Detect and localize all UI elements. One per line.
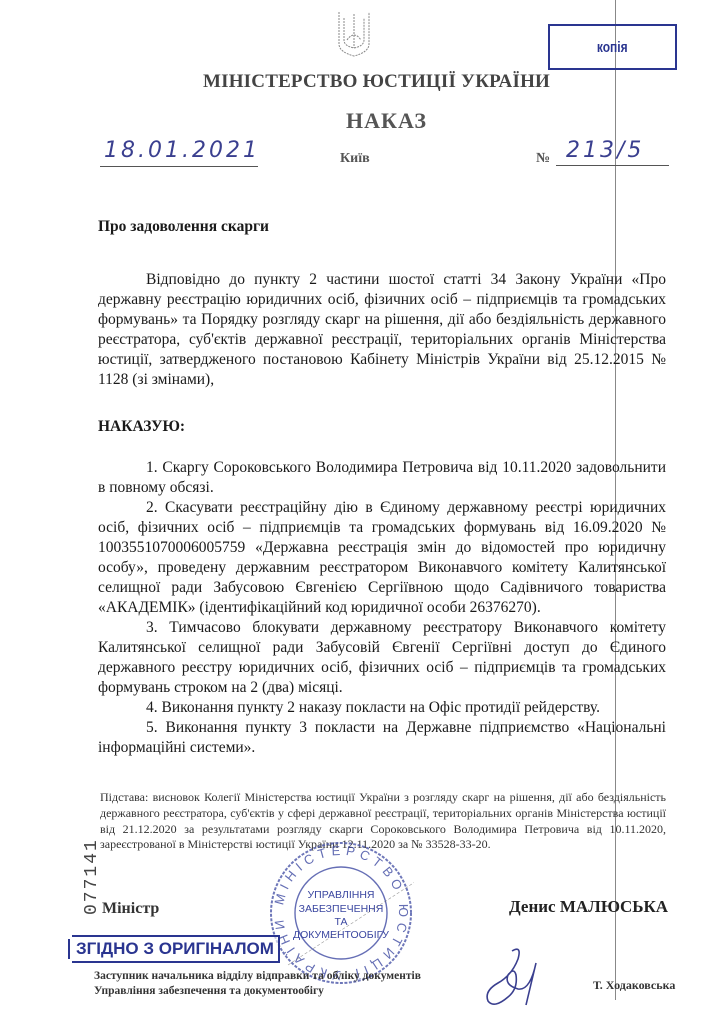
- svg-text:ТА: ТА: [334, 916, 347, 928]
- order-item: 1. Скаргу Сороковського Володимира Петро…: [98, 458, 666, 498]
- document-type: НАКАЗ: [0, 108, 723, 134]
- order-item: 4. Виконання пункту 2 наказу покласти на…: [98, 698, 666, 718]
- certifier-name: Т. Ходаковська: [593, 978, 675, 993]
- preamble-text: Відповідно до пункту 2 частини шостої ст…: [98, 271, 666, 388]
- order-item: 5. Виконання пункту 3 покласти на Держав…: [98, 718, 666, 758]
- copy-stamp: копія: [548, 24, 677, 70]
- registration-number: 077141: [82, 838, 102, 915]
- order-item: 2. Скасувати реєстраційну дію в Єдиному …: [98, 498, 666, 618]
- preamble: Відповідно до пункту 2 частини шостої ст…: [98, 270, 666, 390]
- certifier-role: Заступник начальника відділу відправки т…: [94, 969, 421, 999]
- order-items: 1. Скаргу Сороковського Володимира Петро…: [98, 458, 666, 758]
- order-heading: НАКАЗУЮ:: [98, 418, 185, 436]
- official-seal-icon: МІНІСТЕРСТВО ЮСТИЦІЇ УКРАЇНИ УПРАВЛІННЯ …: [268, 840, 414, 986]
- order-number: 213/5: [556, 138, 669, 166]
- svg-text:ЗАБЕЗПЕЧЕННЯ: ЗАБЕЗПЕЧЕННЯ: [299, 903, 384, 915]
- city: Київ: [340, 151, 370, 167]
- minister-name: Денис МАЛЮСЬКА: [509, 897, 668, 917]
- svg-text:УПРАВЛІННЯ: УПРАВЛІННЯ: [308, 889, 375, 901]
- number-label: №: [536, 151, 550, 167]
- ministry-name: МІНІСТЕРСТВО ЮСТИЦІЇ УКРАЇНИ: [0, 71, 723, 93]
- certified-copy-stamp: ЗГІДНО З ОРИГІНАЛОМ: [72, 935, 280, 963]
- order-item: 3. Тимчасово блокувати державному реєстр…: [98, 618, 666, 698]
- svg-text:ДОКУМЕНТООБІГУ: ДОКУМЕНТООБІГУ: [293, 929, 389, 941]
- minister-title: Міністр: [102, 900, 159, 918]
- trident-emblem-icon: [337, 10, 371, 58]
- order-subject: Про задоволення скарги: [98, 218, 269, 236]
- handwritten-signature-icon: [478, 945, 548, 1011]
- order-date: 18.01.2021: [100, 138, 258, 167]
